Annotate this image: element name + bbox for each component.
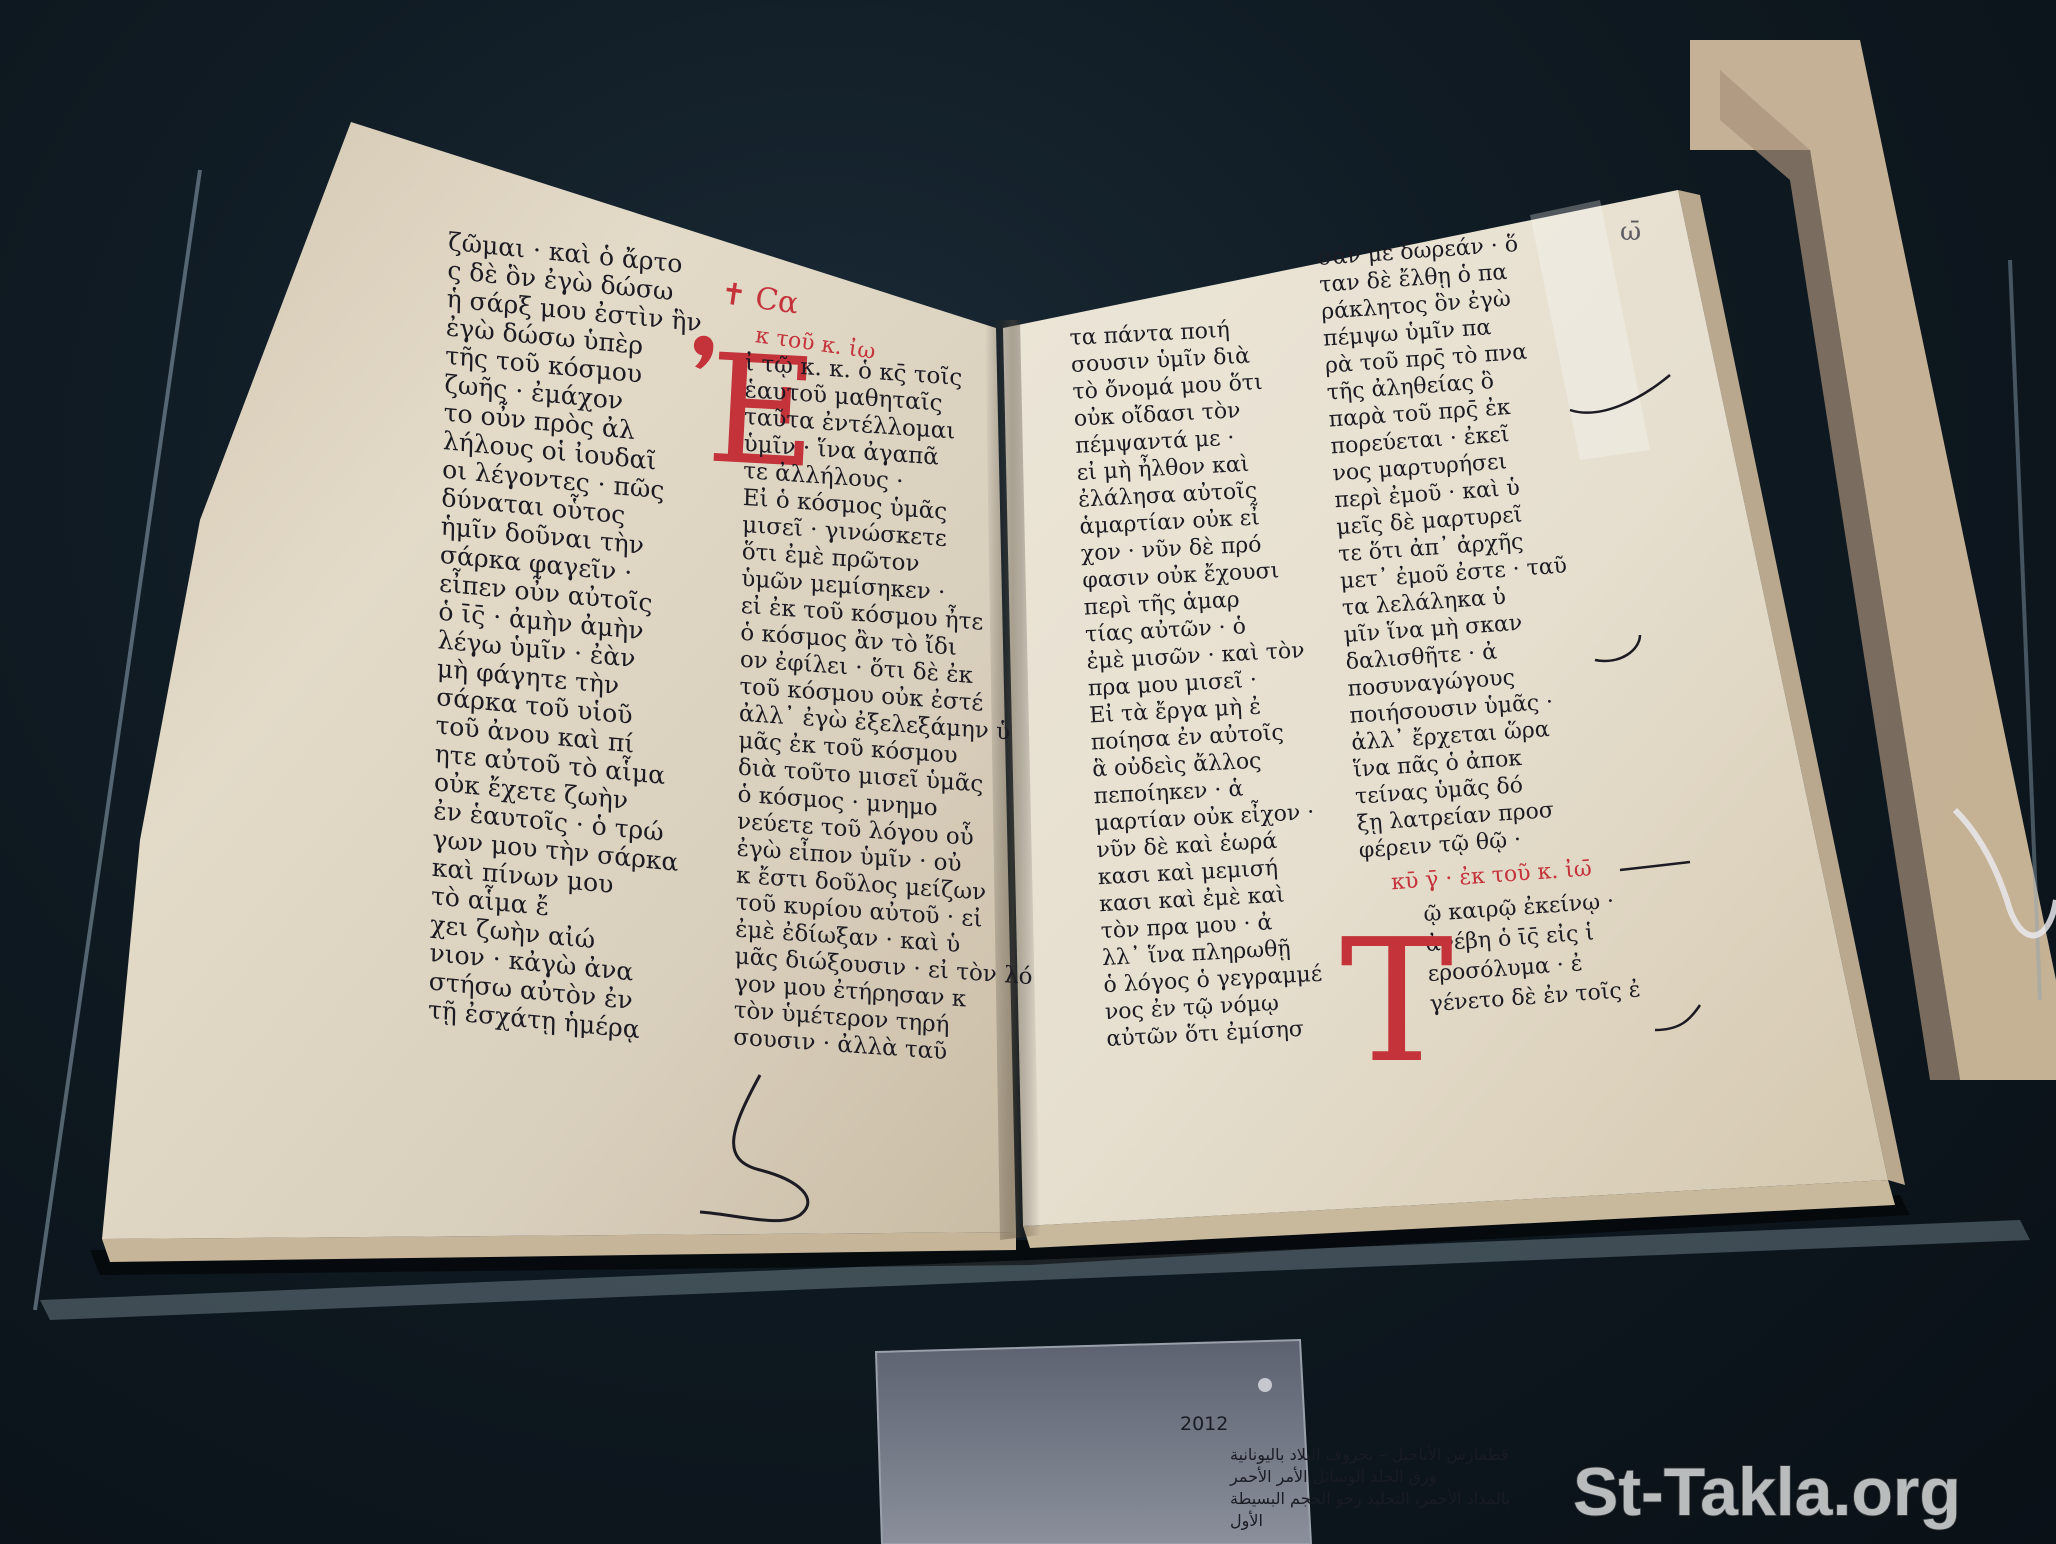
scene-svg: ζῶμαι · καὶ ὁ ἄρτο ς δὲ ὃν ἐγὼ δώσω ἡ σά… [0,0,2056,1544]
illuminated-initial: Τ [1340,903,1453,1101]
placard-description: ورق الجلد الوسائل الأمر الأحمر [1229,1466,1437,1487]
watermark: St-Takla.org [1573,1454,1961,1530]
placard-year: 2012 [1180,1413,1228,1435]
placard-description: بالمداد الأحمر، التجليد رخو الحجم البسيط… [1230,1488,1510,1509]
placard-screw [1258,1378,1272,1392]
placard-description: الأول [1230,1510,1263,1531]
placard-description: قطمارس الأناجيل – بحروف البلاد باليوناني… [1230,1444,1509,1465]
photo-scene: ζῶμαι · καὶ ὁ ἄρτο ς δὲ ὃν ἐγὼ δώσω ἡ σά… [0,0,2056,1544]
folio-number: ω̄ [1620,217,1641,247]
museum-placard: 2012 قطمارس الأناجيل – بحروف البلاد بالي… [876,1340,1510,1544]
